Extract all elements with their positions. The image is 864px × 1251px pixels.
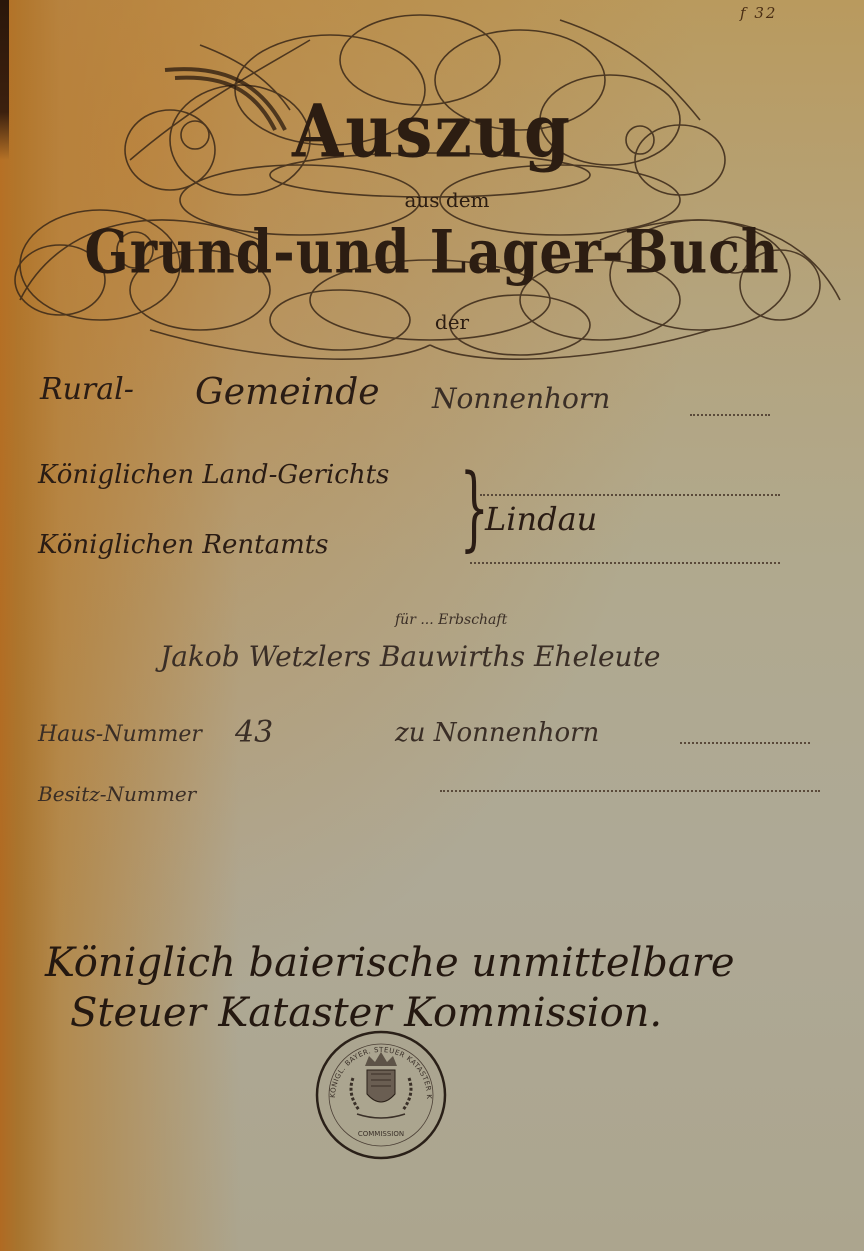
gemeinde-label: Gemeinde	[195, 372, 380, 413]
owner-annotation: für ... Erbschaft	[395, 612, 507, 628]
landgericht-dotted-line	[480, 494, 780, 496]
rentamt-dotted-line	[470, 562, 780, 564]
official-seal-icon: KÖNIGL. BAYER. STEUER KATASTER KOMMISSIO…	[313, 1028, 449, 1162]
haus-number-value: 43	[235, 715, 273, 750]
district-value: Lindau	[485, 500, 597, 538]
commission-line-1: Königlich baierische unmittelbare	[45, 940, 735, 986]
besitz-number-label: Besitz-Nummer	[38, 782, 196, 806]
document-title: Auszug	[0, 88, 864, 174]
besitz-dotted-line	[440, 790, 820, 792]
haus-location: zu Nonnenhorn	[395, 718, 599, 748]
rentamt-label: Königlichen Rentamts	[38, 530, 329, 560]
haus-dotted-line	[680, 742, 810, 744]
gemeinde-label-prefix: Rural-	[40, 372, 134, 407]
document-page: f 32	[0, 0, 864, 1251]
title-subtitle: aus dem	[0, 188, 864, 212]
title-article: der	[0, 310, 864, 334]
landgericht-label: Königlichen Land-Gerichts	[38, 460, 389, 490]
owner-value: Jakob Wetzlers Bauwirths Eheleute	[160, 640, 660, 673]
svg-text:COMMISSION: COMMISSION	[358, 1130, 404, 1138]
registry-book-title: Grund-und Lager-Buch	[0, 217, 864, 287]
gemeinde-dotted-line	[690, 414, 770, 416]
haus-number-label: Haus-Nummer	[38, 722, 202, 747]
gemeinde-value: Nonnenhorn	[432, 382, 610, 415]
